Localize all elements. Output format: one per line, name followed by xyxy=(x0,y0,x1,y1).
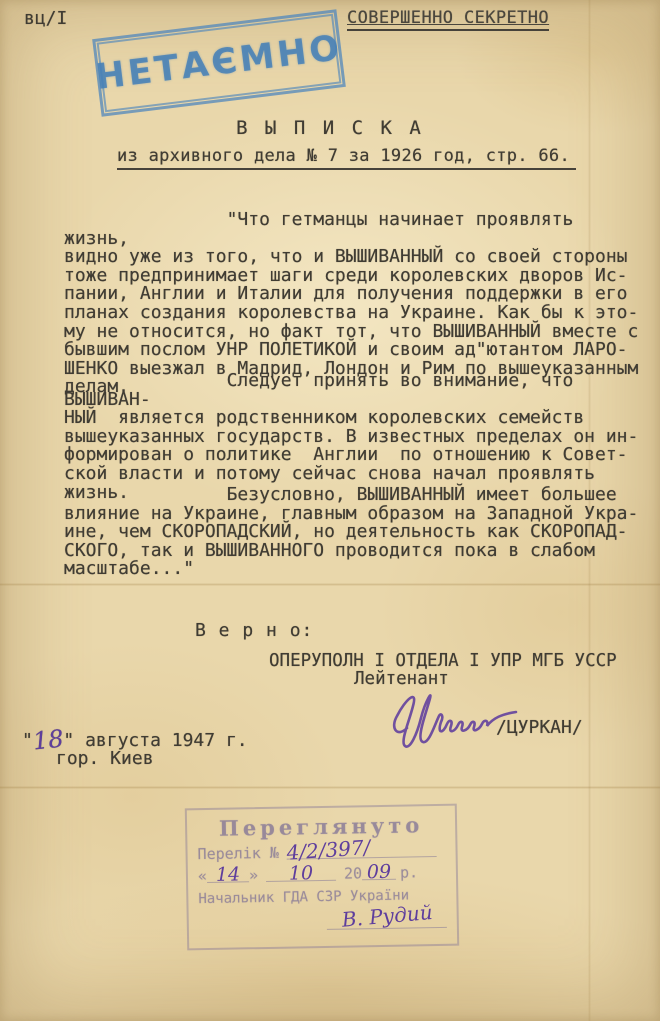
declassified-stamp-text: НЕТАЄМНО xyxy=(97,14,342,112)
year-suffix: р. xyxy=(400,863,418,881)
handwritten-date-year: 09 xyxy=(362,865,396,881)
paper-crease xyxy=(0,786,660,789)
review-stamp-date-row: « 14 » 10 20 09 р. xyxy=(198,863,446,885)
handwritten-list-number: 4/2/397/ xyxy=(287,841,437,860)
certified-true-label: В е р н о: xyxy=(195,620,313,641)
review-stamp-list-row: Перелік № 4/2/397/ xyxy=(197,841,445,863)
scanned-document-page: вц/I СОВЕРШЕННО СЕКРЕТНО НЕТАЄМНО В Ы П … xyxy=(0,0,660,1021)
corner-mark: вц/I xyxy=(24,8,67,29)
officer-title-line: ОПЕРУПОЛН I ОТДЕЛА I УПР МГБ УССР xyxy=(269,651,617,671)
handwritten-date-month: 10 xyxy=(266,866,336,882)
handwritten-reviewer-signature: В. Рудий xyxy=(326,903,446,930)
document-title: В Ы П И С К А xyxy=(0,117,660,139)
officer-signature-ink xyxy=(383,676,533,751)
year-prefix: 20 xyxy=(344,864,362,882)
classification-header: СОВЕРШЕННО СЕКРЕТНО xyxy=(347,8,549,31)
quote-close: » xyxy=(249,866,258,884)
handwritten-date-day: 14 xyxy=(207,867,249,883)
document-subtitle: из архивного дела № 7 за 1926 год, стр. … xyxy=(117,146,576,170)
list-label: Перелік № xyxy=(197,844,279,863)
document-city: гор. Киев xyxy=(56,748,154,769)
declassified-stamp: НЕТАЄМНО xyxy=(92,9,346,116)
review-stamp-signature-row: В. Рудий xyxy=(199,903,447,932)
review-stamp: Переглянуто Перелік № 4/2/397/ « 14 » 10… xyxy=(185,804,459,951)
quote-open: « xyxy=(198,867,207,885)
paper-crease xyxy=(0,583,660,586)
officer-surname: /ЦУРКАН/ xyxy=(496,717,583,738)
body-paragraph-3: Безусловно, ВЫШИВАННЫЙ имеет большее вли… xyxy=(64,486,646,579)
body-paragraph-2: Следует принять во внимание, что ВЫШИВАН… xyxy=(64,372,646,502)
review-stamp-title: Переглянуто xyxy=(197,812,445,841)
